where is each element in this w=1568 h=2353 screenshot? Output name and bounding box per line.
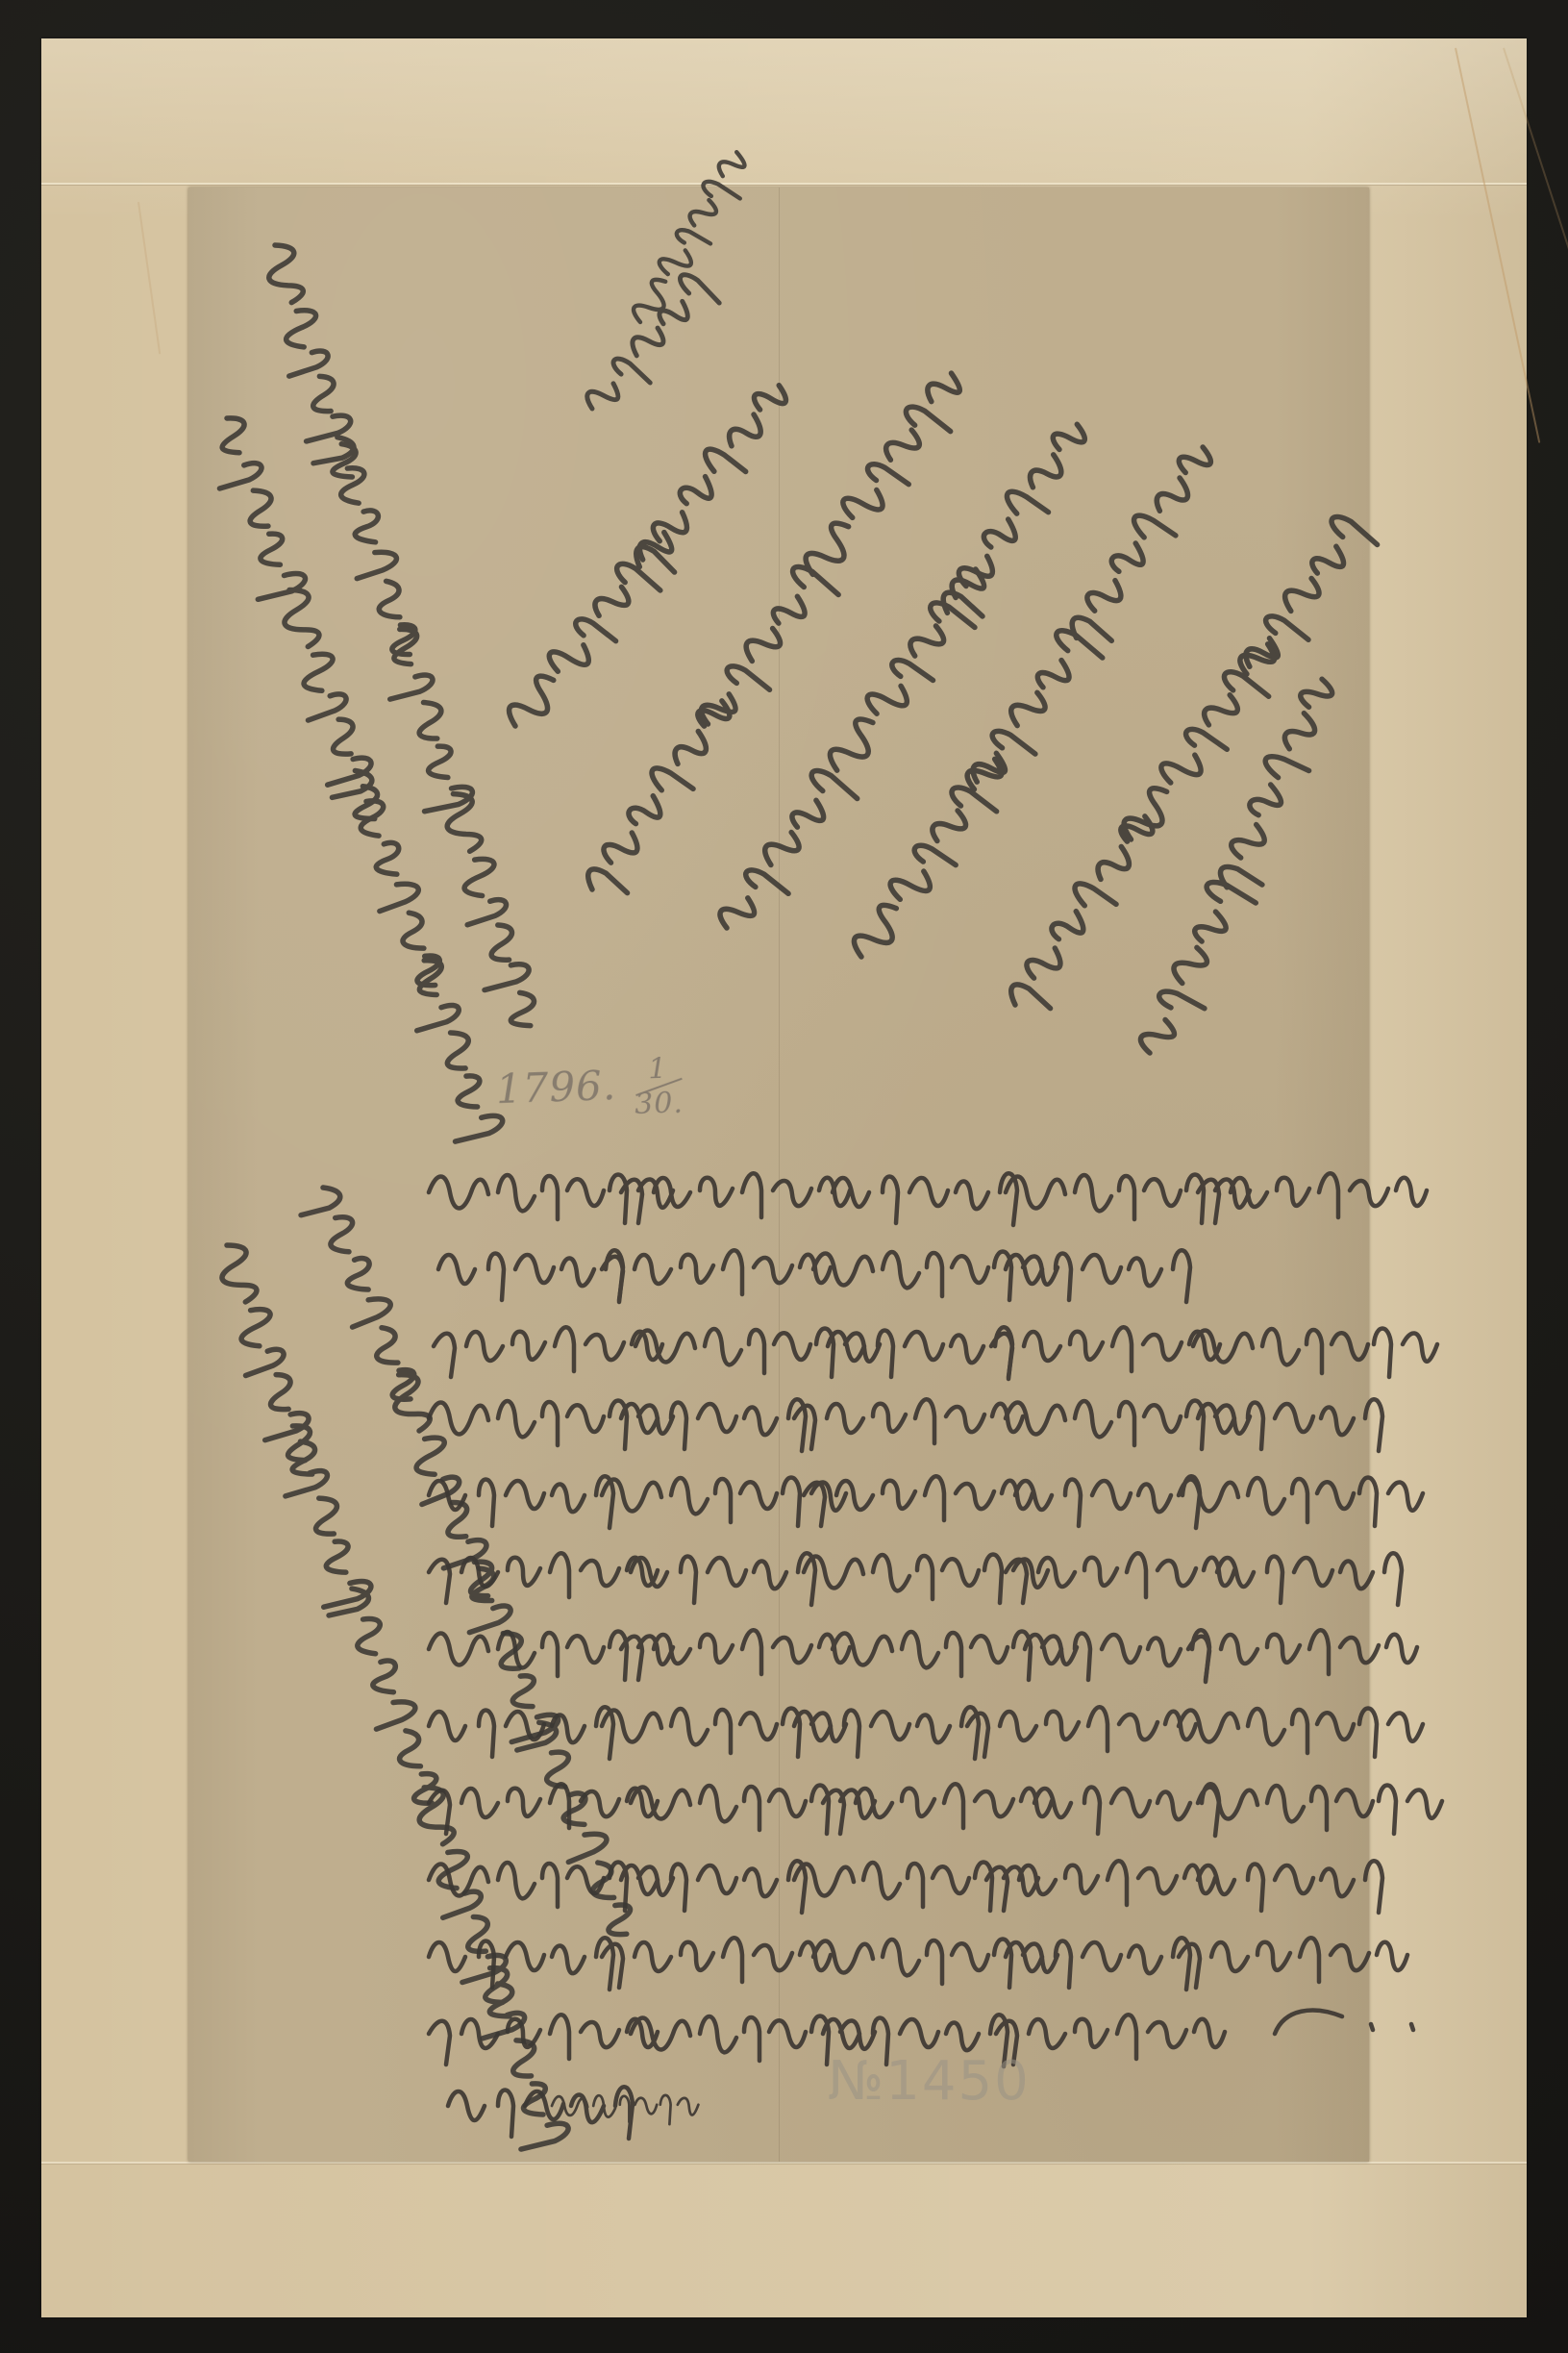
handwriting-ink xyxy=(188,188,1369,2162)
mount-crease xyxy=(137,202,161,355)
annotation-year: 1796. xyxy=(495,1062,617,1113)
bottom-text-block xyxy=(429,1173,1442,2139)
mount-seam-bottom xyxy=(41,2162,1527,2164)
pencil-date-annotation: 1796. 1 30. xyxy=(495,1055,684,1125)
archive-number: №1450 xyxy=(828,2050,1031,2113)
mount-seam-top xyxy=(41,183,1527,185)
top-diagonal-block xyxy=(500,146,1379,1067)
manuscript-leaf: 1796. 1 30. №1450 xyxy=(188,188,1369,2162)
annotation-fraction: 1 30. xyxy=(633,1055,684,1120)
